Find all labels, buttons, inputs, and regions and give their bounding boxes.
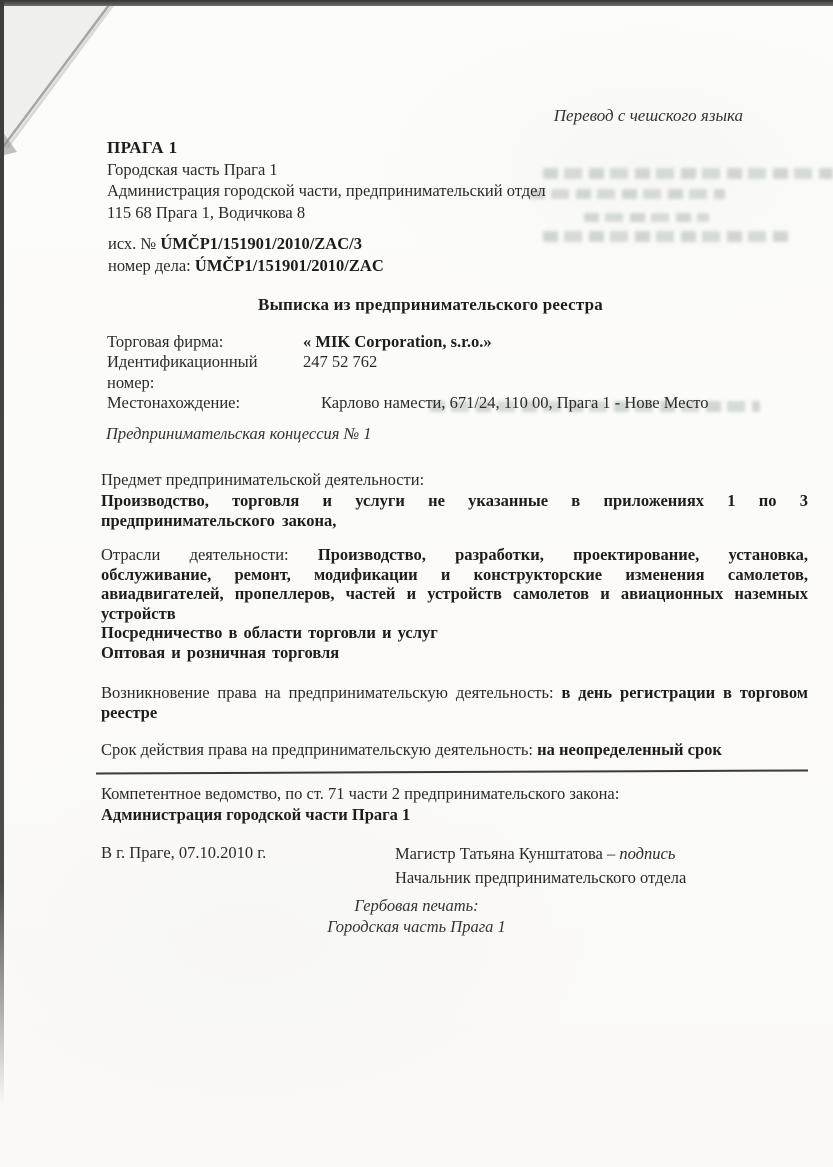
document-title: Выписка из предпринимательского реестра <box>0 295 833 315</box>
seal-note: Гербовая печать: Городская часть Прага 1 <box>0 895 833 937</box>
letterhead-org-name: ПРАГА 1 <box>107 137 546 159</box>
signature-note: подпись <box>619 844 675 863</box>
id-value: 247 52 762 <box>303 352 377 393</box>
firm-value: « MIK Corporation, s.r.o.» <box>303 332 492 352</box>
address-row: Местонахождение: Карлово намести, 671/24… <box>107 393 708 413</box>
scan-left-edge <box>0 0 4 1105</box>
business-subject-label: Предмет предпринимательской деятельности… <box>101 470 808 490</box>
outgoing-ref-label: исх. № <box>108 234 160 253</box>
letterhead-line: Администрация городской части, предприни… <box>107 180 546 202</box>
reference-numbers: исх. № ÚMČP1/151901/2010/ZAC/3 номер дел… <box>108 233 384 276</box>
business-subject-section: Предмет предпринимательской деятельности… <box>101 470 808 530</box>
right-term-line: Срок действия права на предпринимательск… <box>101 740 808 760</box>
seal-line: Городская часть Прага 1 <box>0 916 833 937</box>
business-subject-text: Производство, торговля и услуги не указа… <box>101 491 808 531</box>
right-term-label: Срок действия права на предпринимательск… <box>101 740 537 759</box>
signature-block: Магистр Татьяна Кунштатова – подпись Нач… <box>395 842 686 890</box>
right-origin-label: Возникновение права на предпринимательск… <box>101 683 561 702</box>
outgoing-ref-number: ÚMČP1/151901/2010/ZAC/3 <box>160 234 362 253</box>
outgoing-ref: исх. № ÚMČP1/151901/2010/ZAC/3 <box>108 233 384 255</box>
company-details: Торговая фирма: « MIK Corporation, s.r.o… <box>107 332 708 414</box>
case-ref-label: номер дела: <box>108 256 195 275</box>
firm-label: Торговая фирма: <box>107 332 303 352</box>
id-row: Идентификационный номер: 247 52 762 <box>107 352 708 393</box>
place-and-date: В г. Праге, 07.10.2010 г. <box>101 843 266 863</box>
signer-name-line: Магистр Татьяна Кунштатова – подпись <box>395 842 686 866</box>
authority-value: Администрация городской части Прага 1 <box>101 805 619 826</box>
authority-label: Компетентное ведомство, по ст. 71 части … <box>101 784 619 805</box>
bleed-through-line <box>584 213 709 222</box>
activity-fields-label: Отрасли деятельности: <box>101 545 318 564</box>
activity-fields-section: Отрасли деятельности: Производство, разр… <box>101 545 808 662</box>
case-ref: номер дела: ÚMČP1/151901/2010/ZAC <box>108 255 384 277</box>
activity-extra-line: Оптовая и розничная торговля <box>101 643 808 663</box>
address-label: Местонахождение: <box>107 393 303 413</box>
concession-heading: Предпринимательская концессия № 1 <box>106 424 372 444</box>
firm-row: Торговая фирма: « MIK Corporation, s.r.o… <box>107 332 708 352</box>
folded-corner <box>0 4 126 160</box>
bleed-through-line <box>543 231 788 242</box>
translation-note: Перевод с чешского языка <box>554 106 743 126</box>
signer-name: Магистр Татьяна Кунштатова – <box>395 844 619 863</box>
activity-extra-line: Посредничество в области торговли и услу… <box>101 623 808 643</box>
id-label: Идентификационный номер: <box>107 352 303 393</box>
seal-line: Гербовая печать: <box>0 895 833 916</box>
letterhead-line: Городская часть Прага 1 <box>107 159 546 181</box>
address-value: Карлово намести, 671/24, 110 00, Прага 1… <box>321 393 708 413</box>
authority-section: Компетентное ведомство, по ст. 71 части … <box>101 784 619 825</box>
bleed-through-line <box>543 168 833 179</box>
scan-top-edge <box>0 0 833 6</box>
separator-line <box>96 769 808 774</box>
signer-title: Начальник предпринимательского отдела <box>395 866 686 890</box>
right-term-value: на неопределенный срок <box>537 740 722 759</box>
letterhead: ПРАГА 1 Городская часть Прага 1 Админист… <box>107 137 546 223</box>
case-ref-number: ÚMČP1/151901/2010/ZAC <box>195 256 384 275</box>
bleed-through-line <box>530 189 725 199</box>
right-origin-line: Возникновение права на предпринимательск… <box>101 683 808 723</box>
letterhead-line: 115 68 Прага 1, Водичкова 8 <box>107 202 546 224</box>
scanned-document-page: Перевод с чешского языка ПРАГА 1 Городск… <box>0 0 833 1167</box>
